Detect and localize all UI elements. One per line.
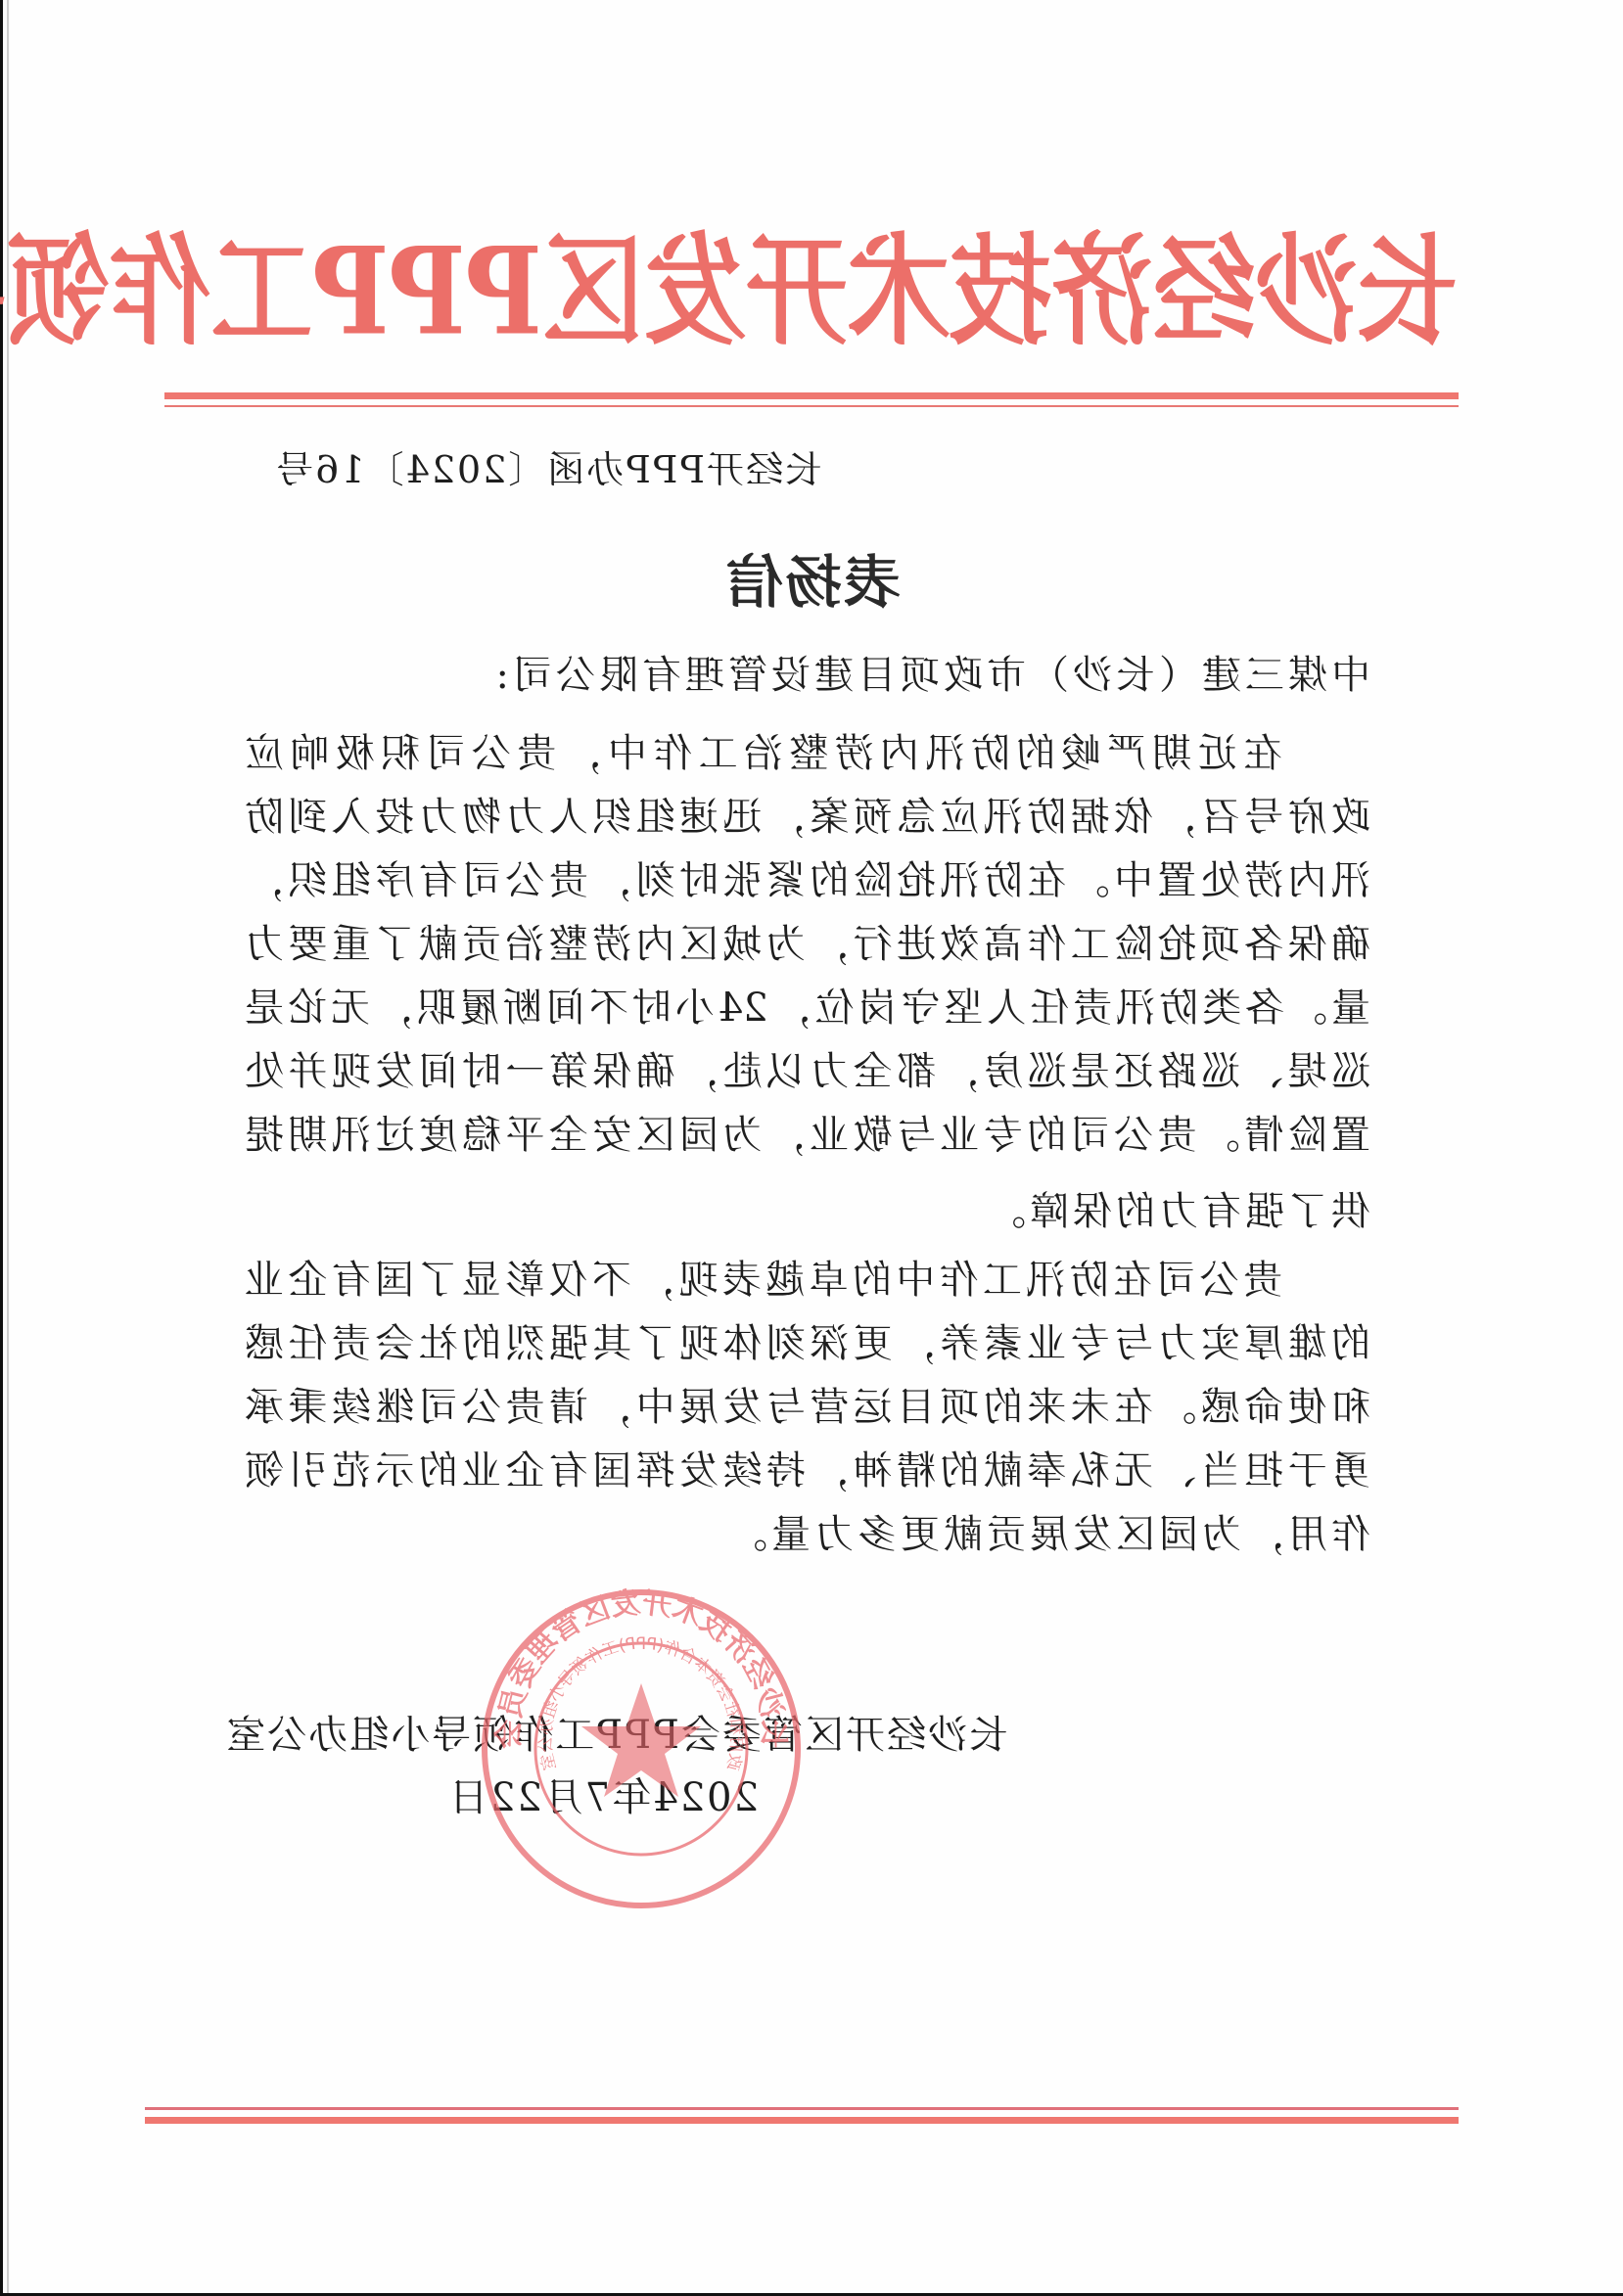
footer-rule-thick [145, 2117, 1459, 2124]
body-line: 在近期严峻的防汛内涝整治工作中，贵公司积极响应 [245, 728, 1282, 779]
body-line: 政府号召，依据防汛应急预案，迅速组织人力物力投入到防 [245, 792, 1370, 843]
body-line: 勇于担当、无私奉献的精神，持续发挥国有企业的示范引领 [245, 1446, 1370, 1496]
document-page: 长沙经济技术开发区PPP工作领导小组办公室 长经开PPP办函〔2024〕16号 … [0, 0, 1623, 2296]
official-seal-icon: 长沙经济技术开发区管理委员会 政府和社会资本合作(PPP)工作领导小组办公室 [480, 1587, 803, 1910]
body-line: 供了强有力的保障。 [983, 1186, 1370, 1237]
body-line: 置险情。贵公司的专业与敬业，为园区安全平稳度过汛期提 [245, 1110, 1370, 1161]
body-line: 巡堤、巡路还是巡房，都全力以赴，确保第一时间发现并处 [245, 1046, 1370, 1097]
header-rule-thin [164, 405, 1459, 407]
body-line: 的雄厚实力与专业素养，更深刻体现了其强烈的社会责任感 [245, 1318, 1370, 1369]
body-line: 汛内涝处置中。在防汛抢险的紧张时刻，贵公司有序组织， [245, 855, 1370, 906]
red-header-title: 长沙经济技术开发区PPP工作领导小组办公室 [162, 213, 1459, 369]
addressee: 中煤三建（长沙）市政项目建设管理有限公司: [492, 650, 1370, 701]
body-line: 贵公司在防汛工作中的卓越表现，不仅彰显了国有企业 [245, 1255, 1282, 1306]
letter-heading: 表扬信 [724, 548, 901, 617]
footer-rule-thin [145, 2107, 1459, 2110]
star-icon [581, 1683, 701, 1797]
body-line: 量。各类防汛责任人坚守岗位，24小时不间断履职，无论是 [245, 983, 1370, 1033]
body-line: 和使命感。在未来的项目运营与发展中，请贵公司继续秉承 [245, 1382, 1370, 1433]
document-number: 长经开PPP办函〔2024〕16号 [274, 445, 822, 494]
header-rule-thick [164, 392, 1459, 399]
body-line: 确保各项抢险工作高效进行，为城区内涝整治贡献了重要力 [245, 919, 1370, 970]
body-line: 作用，为园区发展贡献更多力量。 [724, 1509, 1370, 1560]
